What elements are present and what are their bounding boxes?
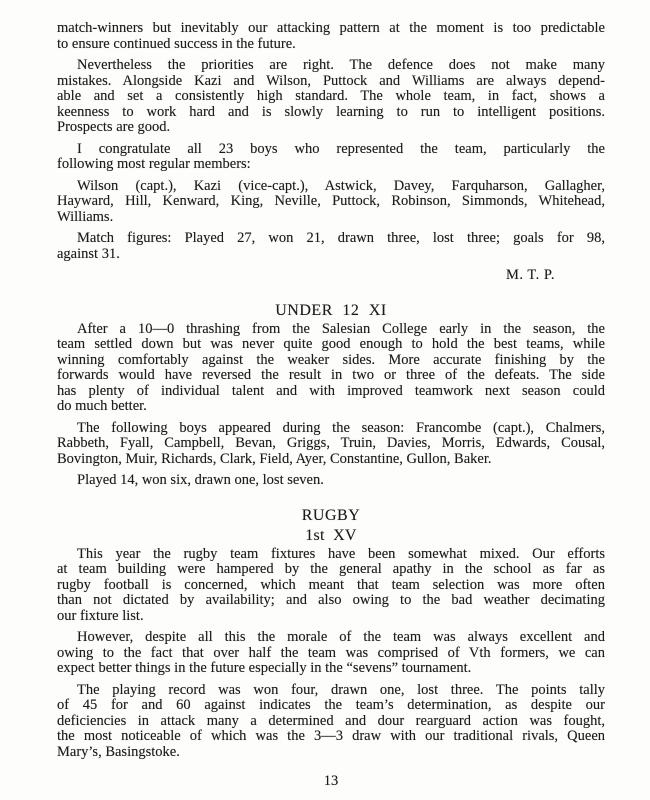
paragraph: Played 14, won six, drawn one, lost seve… [57,473,605,489]
paragraph: This year the rugby team fixtures have b… [57,547,605,625]
text-line: the most noticeable of which was the 3—3… [57,729,605,745]
text-line: our fixture list. [57,609,605,625]
section-heading: UNDER 12 XI [57,302,605,319]
text-line: do much better. [57,399,605,415]
author-initials: M. T. P. [57,268,605,284]
paragraph: match-winners but inevitably our attacki… [57,21,605,52]
text-line: mistakes. Alongside Kazi and Wilson, Put… [57,74,605,90]
text-line: Played 14, won six, drawn one, lost seve… [57,473,605,489]
paragraph: After a 10—0 thrashing from the Salesian… [57,322,605,415]
text-line: Hayward, Hill, Kenward, King, Neville, P… [57,194,605,210]
text-line: Prospects are good. [57,120,605,136]
text-line: Nevertheless the priorities are right. T… [57,58,605,74]
text-line: to ensure continued success in the futur… [57,37,605,53]
text-line: The following boys appeared during the s… [57,421,605,437]
text-line: The playing record was won four, drawn o… [57,683,605,699]
scanned-document-page: match-winners but inevitably our attacki… [0,0,650,800]
text-line: than not dictated by availability; and a… [57,593,605,609]
page-number: 13 [57,774,605,790]
text-line: expect better things in the future espec… [57,661,605,677]
paragraph: Nevertheless the priorities are right. T… [57,58,605,136]
paragraph: However, despite all this the morale of … [57,630,605,677]
text-line: After a 10—0 thrashing from the Salesian… [57,322,605,338]
page-body: match-winners but inevitably our attacki… [57,21,605,760]
section-heading: RUGBY [57,507,605,524]
paragraph: The following boys appeared during the s… [57,421,605,468]
text-line: I congratulate all 23 boys who represent… [57,142,605,158]
text-line: match-winners but inevitably our attacki… [57,21,605,37]
text-line: rugby football is concerned, which meant… [57,578,605,594]
text-line: Williams. [57,210,605,226]
text-line: team settled down but was never quite go… [57,337,605,353]
text-line: winning comfortably against the weaker s… [57,353,605,369]
text-line: against 31. [57,247,605,263]
text-line: Bovington, Muir, Richards, Clark, Field,… [57,452,605,468]
text-line: owing to the fact that over half the tea… [57,646,605,662]
text-line: Mary’s, Basingstoke. [57,745,605,761]
text-line: able and set a consistently high standar… [57,89,605,105]
text-line: deficiencies in attack many a determined… [57,714,605,730]
text-line: However, despite all this the morale of … [57,630,605,646]
paragraph: The playing record was won four, drawn o… [57,683,605,761]
section-subheading: 1st XV [57,527,605,544]
text-line: at team building were hampered by the ge… [57,562,605,578]
paragraph: Wilson (capt.), Kazi (vice-capt.), Astwi… [57,179,605,226]
text-line: of 45 for and 60 against indicates the t… [57,698,605,714]
text-line: Rabbeth, Fyall, Campbell, Bevan, Griggs,… [57,436,605,452]
text-line: has plenty of individual talent and with… [57,384,605,400]
paragraph: I congratulate all 23 boys who represent… [57,142,605,173]
paragraph: Match figures: Played 27, won 21, drawn … [57,231,605,262]
text-line: Wilson (capt.), Kazi (vice-capt.), Astwi… [57,179,605,195]
text-line: forwards would have reversed the result … [57,368,605,384]
text-line: This year the rugby team fixtures have b… [57,547,605,563]
text-line: Match figures: Played 27, won 21, drawn … [57,231,605,247]
text-line: keenness to work hard and is slowly lear… [57,105,605,121]
text-line: following most regular members: [57,157,605,173]
